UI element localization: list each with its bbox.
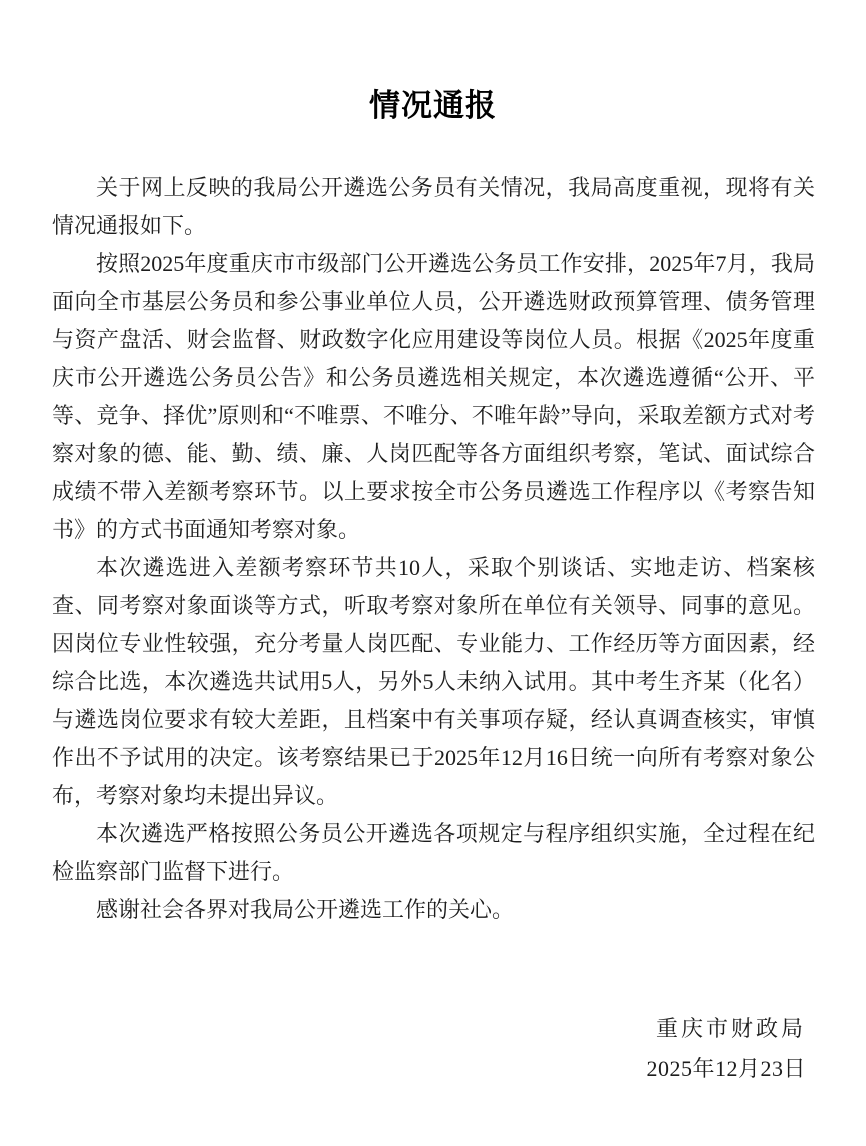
paragraph-selection-process: 按照2025年度重庆市市级部门公开遴选公务员工作安排，2025年7月，我局面向全… <box>52 245 815 549</box>
signature-block: 重庆市财政局 2025年12月23日 <box>0 1009 806 1089</box>
document-body: 关于网上反映的我局公开遴选公务员有关情况，我局高度重视，现将有关情况通报如下。 … <box>52 169 815 929</box>
paragraph-inspection-result: 本次遴选进入差额考察环节共10人，采取个别谈话、实地走访、档案核查、同考察对象面… <box>52 549 815 815</box>
paragraph-supervision: 本次遴选严格按照公务员公开遴选各项规定与程序组织实施，全过程在纪检监察部门监督下… <box>52 815 815 891</box>
signature-organization: 重庆市财政局 <box>0 1009 806 1049</box>
document-title: 情况通报 <box>0 88 866 124</box>
signature-date: 2025年12月23日 <box>0 1049 806 1089</box>
paragraph-thanks: 感谢社会各界对我局公开遴选工作的关心。 <box>52 891 815 929</box>
paragraph-intro: 关于网上反映的我局公开遴选公务员有关情况，我局高度重视，现将有关情况通报如下。 <box>52 169 815 245</box>
document-page: 情况通报 关于网上反映的我局公开遴选公务员有关情况，我局高度重视，现将有关情况通… <box>0 0 866 1146</box>
